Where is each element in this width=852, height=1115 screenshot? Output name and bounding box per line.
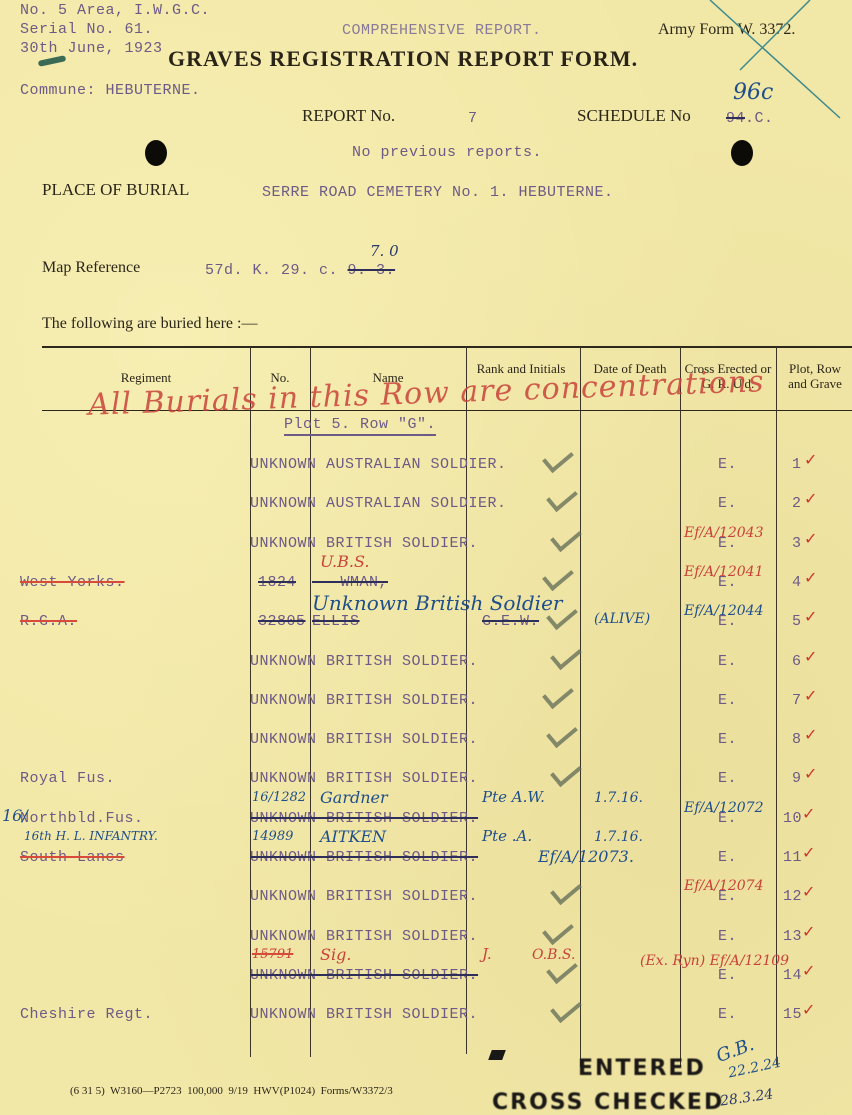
check-red-icon: ✓: [804, 647, 817, 666]
check-pencil-icon: [550, 757, 582, 787]
no-note: 16/1282: [252, 790, 306, 805]
cross-note: Ef/A/12041: [684, 564, 763, 580]
cell-regiment: Royal Fus.: [20, 770, 115, 787]
cell-name: UNKNOWN BRITISH SOLDIER.: [250, 810, 478, 827]
cell-grave: 12: [783, 888, 802, 905]
rank-note: J.: [482, 945, 492, 963]
check-red-icon: ✓: [804, 725, 817, 744]
cell-name: ELLIS: [312, 613, 360, 630]
commune-line: Commune: HEBUTERNE.: [20, 82, 201, 99]
schedule-handwritten: 96c: [733, 80, 773, 105]
cell-cross: E.: [718, 1006, 737, 1023]
date-note: 1.7.16.: [594, 790, 643, 806]
regiment-prefix: 16/: [2, 806, 28, 825]
check-red-icon: ✓: [802, 843, 815, 862]
check-red-icon: ✓: [804, 764, 817, 783]
buried-intro: The following are buried here :—: [42, 315, 257, 333]
check-pencil-icon: [550, 993, 582, 1023]
cell-name: UNKNOWN BRITISH SOLDIER.: [250, 692, 478, 709]
check-pencil-icon: [546, 718, 578, 748]
check-red-icon: ✓: [804, 529, 817, 548]
cell-no: 1824: [258, 574, 296, 591]
cell-regiment: South Lancs: [20, 849, 125, 866]
cell-cross: E.: [718, 849, 737, 866]
plot-heading: Plot 5. Row "G".: [284, 416, 436, 436]
map-correction: 7. 0: [370, 242, 399, 260]
col-header-plot: Plot, Row and Grave: [778, 361, 852, 391]
date-checked: 28.3.24: [719, 1086, 774, 1109]
date-line: 30th June, 1923: [20, 40, 163, 57]
extra-note: Ef/A/12073.: [538, 847, 634, 866]
check-red-icon: ✓: [802, 882, 815, 901]
check-pencil-icon: [550, 522, 582, 552]
cross-note: Ef/A/12072: [684, 800, 763, 816]
cell-name: UNKNOWN AUSTRALIAN SOLDIER.: [250, 495, 507, 512]
check-red-icon: ✓: [804, 686, 817, 705]
cell-grave: 1: [792, 456, 802, 473]
name-note: AITKEN: [320, 827, 386, 846]
cell-cross: E.: [718, 967, 737, 984]
commune-label: Commune:: [20, 82, 96, 99]
print-code: (6 31 5) W3160—P2723 100,000 9/19 HWV(P1…: [70, 1085, 393, 1097]
cell-name: ---WMAN,: [312, 574, 388, 591]
cell-cross: E.: [718, 928, 737, 945]
check-red-icon: ✓: [802, 1000, 815, 1019]
commune-value: HEBUTERNE.: [106, 82, 201, 99]
cross-checked-stamp: CROSS CHECKED: [492, 1090, 724, 1115]
cell-regiment: Cheshire Regt.: [20, 1006, 153, 1023]
cell-no: 32805: [258, 613, 306, 630]
date-note: 1.7.16.: [594, 829, 643, 845]
cell-grave: 10: [783, 810, 802, 827]
cell-grave: 5: [792, 613, 802, 630]
cell-name: UNKNOWN BRITISH SOLDIER.: [250, 928, 478, 945]
cell-cross: E.: [718, 770, 737, 787]
map-label: Map Reference: [42, 259, 140, 277]
check-pencil-icon: [542, 915, 574, 945]
cell-cross: E.: [718, 692, 737, 709]
check-pencil-icon: [542, 561, 574, 591]
cell-regiment: West Yorks.: [20, 574, 125, 591]
cell-name: UNKNOWN BRITISH SOLDIER.: [250, 1006, 478, 1023]
cell-grave: 9: [792, 770, 802, 787]
area-line: No. 5 Area, I.W.G.C.: [20, 2, 210, 19]
cell-cross: E.: [718, 495, 737, 512]
no-note: 14989: [252, 829, 293, 844]
serial-line: Serial No. 61.: [20, 21, 153, 38]
cross-note: Ef/A/12043: [684, 525, 763, 541]
check-pencil-icon: [546, 482, 578, 512]
cell-regiment: Northbld.Fus.: [20, 810, 144, 827]
cell-cross: E.: [718, 456, 737, 473]
cell-regiment: R.G.A.: [20, 613, 77, 630]
schedule-value: 94.C.: [726, 110, 774, 127]
cell-grave: 2: [792, 495, 802, 512]
check-pencil-icon: [550, 640, 582, 670]
map-ref: 57d. K. 29. c.: [205, 262, 338, 279]
regiment-note: 16th H. L. INFANTRY.: [24, 829, 158, 843]
cell-grave: 6: [792, 653, 802, 670]
punch-hole-left: [145, 140, 167, 166]
report-no-label: REPORT No.: [302, 106, 395, 126]
cell-name: UNKNOWN BRITISH SOLDIER.: [250, 535, 478, 552]
cross-note: Ef/A/12074: [684, 878, 763, 894]
cell-name: UNKNOWN BRITISH SOLDIER.: [250, 849, 478, 866]
cell-name: UNKNOWN AUSTRALIAN SOLDIER.: [250, 456, 507, 473]
check-red-icon: ✓: [802, 961, 815, 980]
cross-note: Ef/A/12044: [684, 603, 763, 619]
check-pencil-icon: [542, 443, 574, 473]
cell-grave: 3: [792, 535, 802, 552]
table-top-rule: [42, 346, 852, 348]
cross-note: (Ex. Ryn) Ef/A/12109: [640, 953, 789, 969]
cell-name: UNKNOWN BRITISH SOLDIER.: [250, 731, 478, 748]
no-note: 15791: [252, 947, 293, 962]
cell-rank: G.E.W.: [482, 613, 539, 630]
schedule-label: SCHEDULE No: [577, 106, 691, 126]
cell-grave: 8: [792, 731, 802, 748]
check-red-icon: ✓: [804, 607, 817, 626]
name-note: U.B.S.: [320, 552, 369, 571]
date-note: (ALIVE): [594, 611, 650, 627]
cell-grave: 11: [783, 849, 802, 866]
schedule-suffix: .C.: [745, 110, 774, 127]
place-label: PLACE OF BURIAL: [42, 180, 189, 200]
cell-name: UNKNOWN BRITISH SOLDIER.: [250, 653, 478, 670]
entered-stamp: ENTERED: [578, 1056, 706, 1081]
cell-grave: 14: [783, 967, 802, 984]
name-note: Unknown British Soldier: [312, 591, 562, 615]
rank-note: Pte A.W.: [482, 788, 545, 806]
report-no-value: 7: [468, 110, 478, 127]
punch-hole-right: [731, 140, 753, 166]
report-type: COMPREHENSIVE REPORT.: [342, 22, 542, 39]
cell-grave: 15: [783, 1006, 802, 1023]
map-ref-struck: 9. 3.: [348, 262, 396, 279]
map-value: 57d. K. 29. c. 9. 3.: [205, 262, 395, 279]
cell-grave: 4: [792, 574, 802, 591]
name-note: Gardner: [320, 788, 388, 807]
place-value: SERRE ROAD CEMETERY No. 1. HEBUTERNE.: [262, 184, 614, 201]
form-title: GRAVES REGISTRATION REPORT FORM.: [168, 46, 638, 72]
cell-name: UNKNOWN BRITISH SOLDIER.: [250, 888, 478, 905]
check-red-icon: ✓: [802, 804, 815, 823]
check-pencil-icon: [550, 875, 582, 905]
cell-cross: E.: [718, 731, 737, 748]
cell-grave: 7: [792, 692, 802, 709]
check-red-icon: ✓: [804, 568, 817, 587]
rank-note: Pte .A.: [482, 827, 532, 845]
schedule-struck: 94: [726, 110, 745, 127]
ink-mark: [488, 1050, 506, 1060]
check-pencil-icon: [542, 679, 574, 709]
name-note: Sig.: [320, 945, 351, 964]
cell-cross: E.: [718, 653, 737, 670]
check-red-icon: ✓: [802, 922, 815, 941]
cell-name: UNKNOWN BRITISH SOLDIER.: [250, 967, 478, 984]
check-red-icon: ✓: [804, 450, 817, 469]
check-red-icon: ✓: [804, 489, 817, 508]
previous-reports: No previous reports.: [352, 144, 542, 161]
col-divider: [580, 347, 581, 1067]
cell-name: UNKNOWN BRITISH SOLDIER.: [250, 770, 478, 787]
cell-grave: 13: [783, 928, 802, 945]
